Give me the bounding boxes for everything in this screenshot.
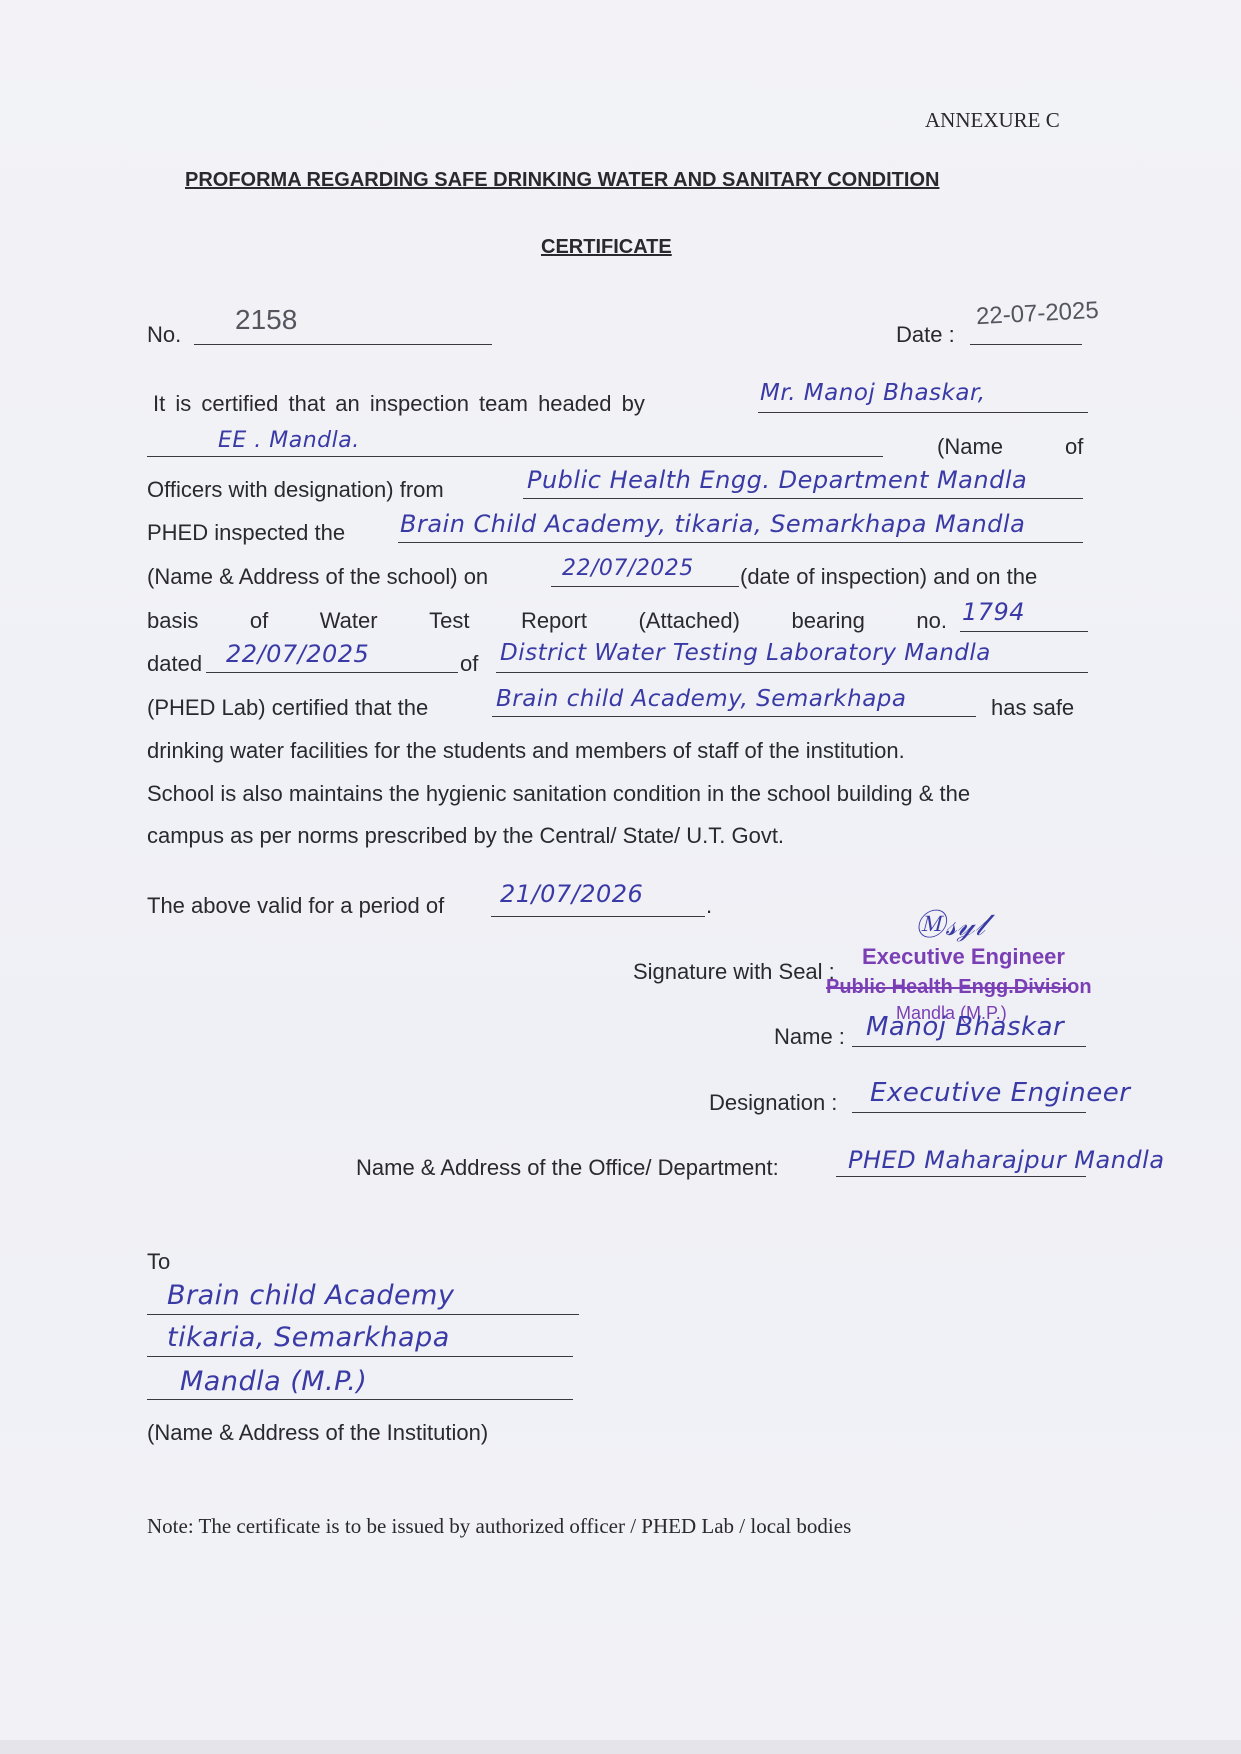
stamp-title: Executive Engineer: [862, 944, 1065, 970]
body-line-3: Officers with designation) from: [147, 477, 444, 503]
document-page: ANNEXURE C PROFORMA REGARDING SAFE DRINK…: [0, 0, 1241, 1754]
seal-label: Signature with Seal :: [633, 959, 835, 985]
document-title: PROFORMA REGARDING SAFE DRINKING WATER A…: [185, 169, 939, 192]
body-line-4: PHED inspected the: [147, 520, 345, 546]
officer-designation-value: EE . Mandla.: [218, 428, 360, 453]
report-no-value: 1794: [962, 598, 1025, 626]
dated-label: dated: [147, 651, 202, 677]
body-line-11: campus as per norms prescribed by the Ce…: [147, 823, 784, 849]
school-short-value: Brain child Academy, Semarkhapa: [496, 686, 907, 712]
recipient-caption: (Name & Address of the Institution): [147, 1420, 488, 1446]
annexure-label: ANNEXURE C: [925, 108, 1060, 133]
report-date-value: 22/07/2025: [226, 640, 369, 668]
body-line-1: It is certified that an inspection team …: [153, 391, 645, 417]
word: no.: [916, 608, 947, 634]
of-label-2: of: [460, 651, 478, 677]
word: bearing: [791, 608, 864, 634]
recipient-line-1: Brain child Academy: [167, 1280, 454, 1311]
body-line-9: drinking water facilities for the studen…: [147, 738, 905, 764]
validity-label: The above valid for a period of: [147, 893, 444, 919]
validity-suffix: .: [706, 893, 712, 919]
recipient-line-3: Mandla (M.P.): [180, 1366, 367, 1397]
certificate-heading: CERTIFICATE: [541, 236, 672, 259]
word: of: [250, 608, 268, 634]
certificate-no-label: No.: [147, 322, 181, 348]
name-value: Manoj Bhaskar: [866, 1012, 1064, 1042]
date-label: Date :: [896, 322, 955, 348]
footer-note: Note: The certificate is to be issued by…: [147, 1514, 851, 1539]
body-line-8: (PHED Lab) certified that the: [147, 695, 428, 721]
certificate-no-value: 2158: [235, 304, 297, 336]
recipient-line-2: tikaria, Semarkhapa: [167, 1322, 450, 1353]
designation-label: Designation :: [709, 1090, 837, 1116]
to-label: To: [147, 1249, 170, 1275]
lab-value: District Water Testing Laboratory Mandla: [500, 640, 991, 666]
body-line-10: School is also maintains the hygienic sa…: [147, 781, 970, 807]
designation-value: Executive Engineer: [870, 1078, 1130, 1108]
stamp-strike: [826, 987, 1071, 989]
validity-value: 21/07/2026: [500, 880, 643, 908]
scan-edge: [0, 1740, 1241, 1754]
word: Report: [521, 608, 587, 634]
officer-name-value: Mr. Manoj Bhaskar,: [760, 380, 986, 406]
office-label: Name & Address of the Office/ Department…: [356, 1155, 779, 1181]
office-value: PHED Maharajpur Mandla: [848, 1146, 1165, 1174]
body-line-5-suffix: (date of inspection) and on the: [740, 564, 1037, 590]
name-label: Name :: [774, 1024, 845, 1050]
school-value: Brain Child Academy, tikaria, Semarkhapa…: [400, 510, 1025, 538]
department-value: Public Health Engg. Department Mandla: [527, 466, 1027, 494]
word: Test: [429, 608, 469, 634]
body-line-5: (Name & Address of the school) on: [147, 564, 488, 590]
word: Water: [320, 608, 378, 634]
inspection-date-value: 22/07/2025: [562, 556, 694, 581]
of-label: of: [1065, 434, 1083, 460]
has-safe-label: has safe: [991, 695, 1074, 721]
signature-scribble: Ⓜ𝓈𝓎𝓁: [915, 900, 985, 944]
word: basis: [147, 608, 198, 634]
word: (Attached): [638, 608, 740, 634]
name-of-label: (Name: [937, 434, 1003, 460]
body-line-6: basis of Water Test Report (Attached) be…: [147, 608, 947, 634]
